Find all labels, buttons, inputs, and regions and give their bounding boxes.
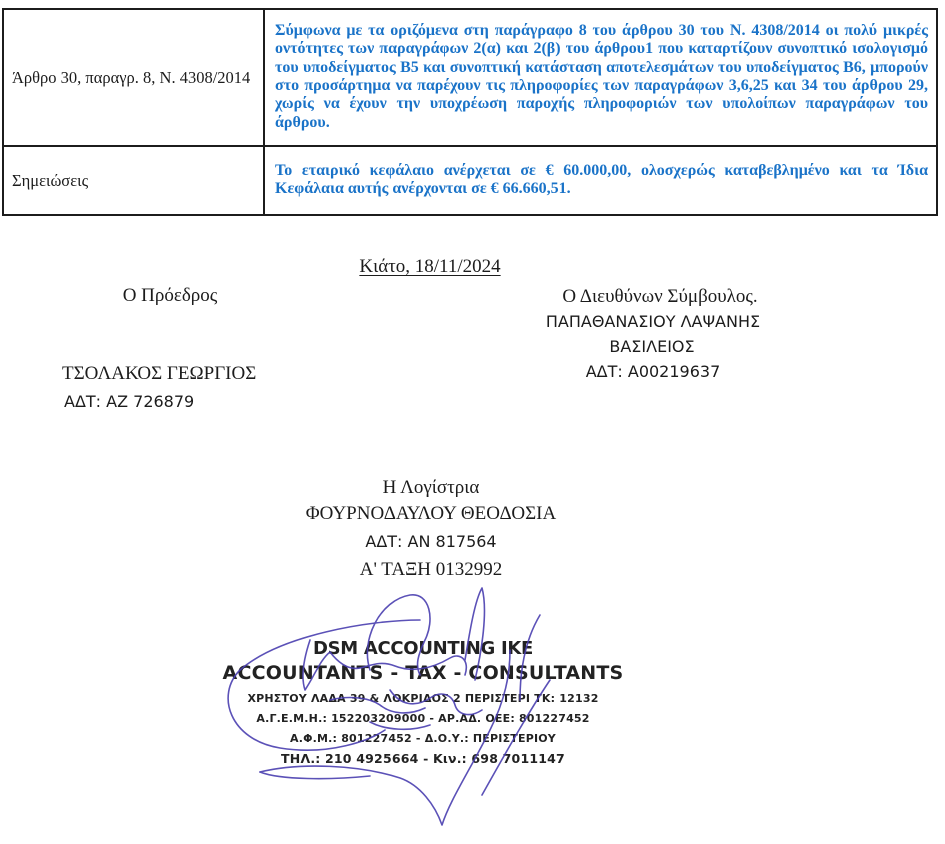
accountant-title: Η Λογίστρια xyxy=(383,477,480,499)
row-label: Άρθρο 30, παραγρ. 8, Ν. 4308/2014 xyxy=(3,9,264,146)
ceo-title: Ο Διευθύνων Σύμβουλος. xyxy=(562,286,757,308)
stamp-company-name: DSM ACCOUNTING IKE xyxy=(313,638,533,659)
table-row: Σημειώσεις Το εταιρικό κεφάλαιο ανέρχετα… xyxy=(3,146,937,215)
notes-table: Άρθρο 30, παραγρ. 8, Ν. 4308/2014 Σύμφων… xyxy=(2,8,938,216)
stamp-phone: ΤΗΛ.: 210 4925664 - Κιν.: 698 7011147 xyxy=(281,751,565,766)
stamp-registry: Α.Γ.Ε.Μ.Η.: 152203209000 - ΑΡ.ΑΔ. ΟΕΕ: 8… xyxy=(256,712,589,725)
row-content: Το εταιρικό κεφάλαιο ανέρχεται σε € 60.0… xyxy=(264,146,937,215)
row-content: Σύμφωνα με τα οριζόμενα στη παράγραφο 8 … xyxy=(264,9,937,146)
ceo-name: ΠΑΠΑΘΑΝΑΣΙΟΥ ΛΑΨΑΝΗΣ xyxy=(546,312,760,331)
ceo-name-continued: ΒΑΣΙΛΕΙΟΣ xyxy=(609,337,694,356)
row-label: Σημειώσεις xyxy=(3,146,264,215)
place-date: Κιάτο, 18/11/2024 xyxy=(359,256,500,278)
accountant-license: Α' ΤΑΞΗ 0132992 xyxy=(360,559,503,581)
president-id: ΑΔΤ: ΑΖ 726879 xyxy=(64,392,194,411)
stamp-tax-info: Α.Φ.Μ.: 801227452 - Δ.Ο.Υ.: ΠΕΡΙΣΤΕΡΙΟΥ xyxy=(290,732,556,745)
ceo-id: ΑΔΤ: Α00219637 xyxy=(586,362,721,381)
accountant-id: ΑΔΤ: ΑΝ 817564 xyxy=(365,532,496,551)
accountant-name: ΦΟΥΡΝΟΔΑΥΛΟΥ ΘΕΟΔΟΣΙΑ xyxy=(306,503,556,525)
table-row: Άρθρο 30, παραγρ. 8, Ν. 4308/2014 Σύμφων… xyxy=(3,9,937,146)
stamp-address: ΧΡΗΣΤΟΥ ΛΑΔΑ 39 & ΛΟΚΡΙΔΟΣ 2 ΠΕΡΙΣΤΕΡΙ Τ… xyxy=(247,692,598,705)
president-name: ΤΣΟΛΑΚΟΣ ΓΕΩΡΓΙΟΣ xyxy=(62,363,256,385)
president-title: Ο Πρόεδρος xyxy=(123,285,218,307)
stamp-tagline: ACCOUNTANTS - TAX - CONSULTANTS xyxy=(223,662,624,684)
